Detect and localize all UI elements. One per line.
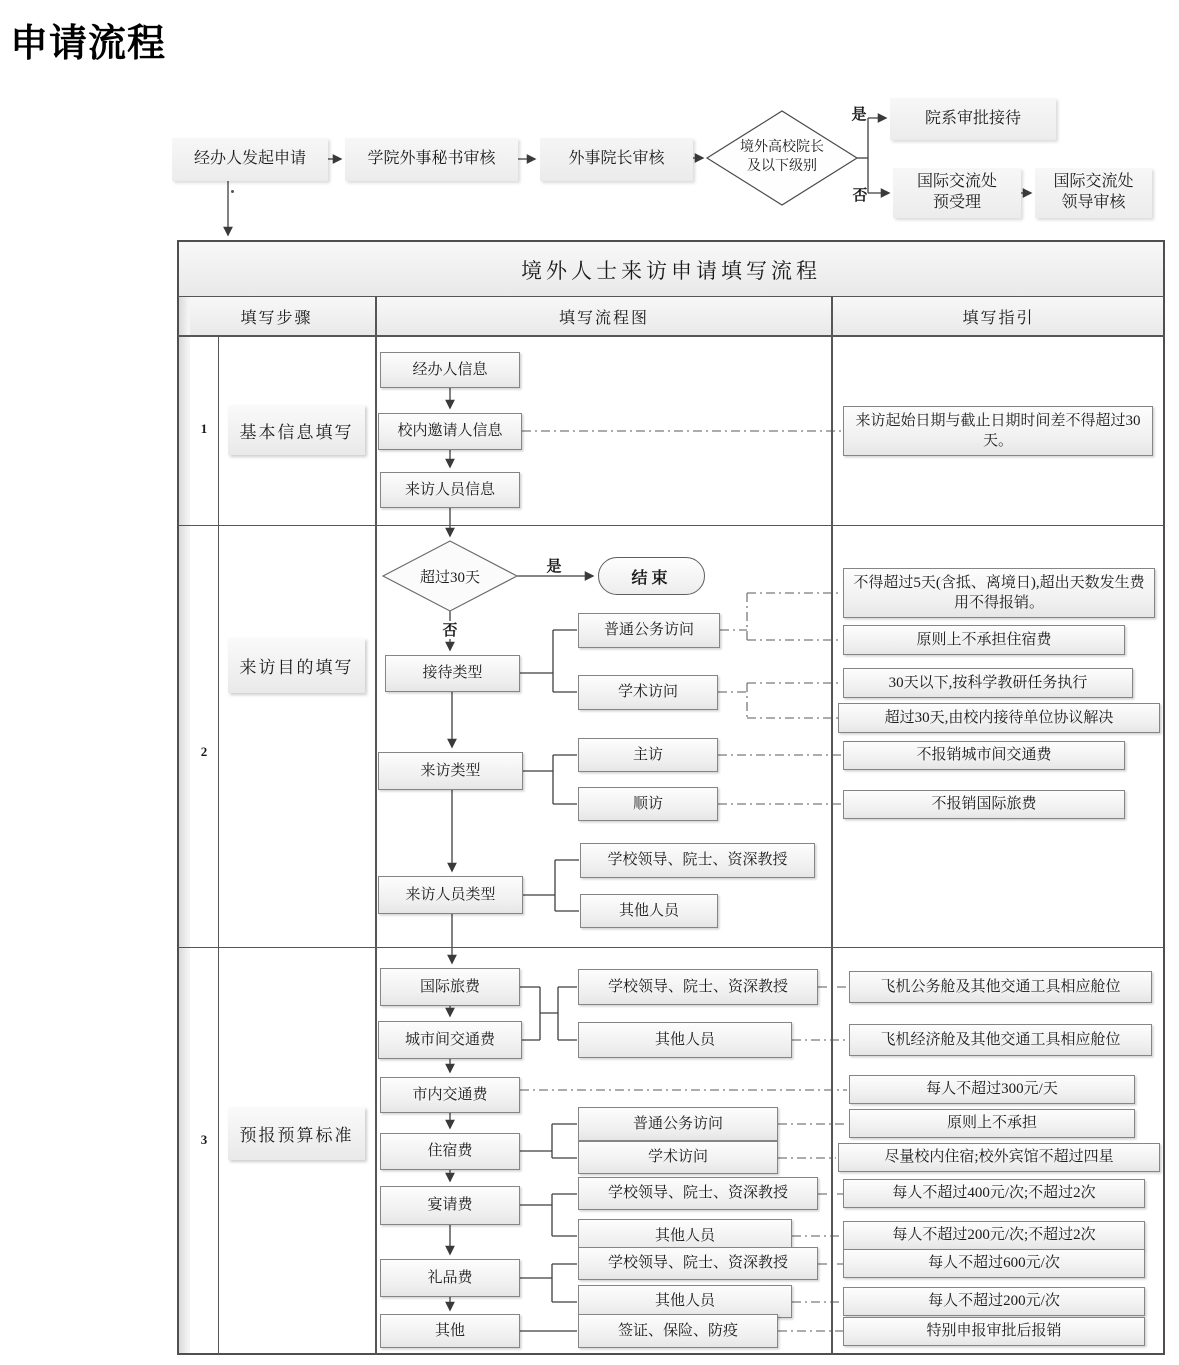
node-campus-inviter-info: 校内邀请人信息 <box>378 413 522 450</box>
step-visit-purpose: 来访目的填写 <box>228 638 365 693</box>
branch-other-visitor: 其他人员 <box>580 894 718 928</box>
node-agent-info: 经办人信息 <box>380 352 520 388</box>
grid-vline-number-col <box>218 336 219 1355</box>
header-flow-col: 填写流程图 <box>377 297 831 335</box>
application-flow-page: 申请流程 <box>0 0 1179 1365</box>
decision-top-label: 境外高校院长 及以下级别 <box>712 134 852 182</box>
node-college-secretary-review: 学院外事秘书审核 <box>345 138 518 181</box>
branch-main-visit: 主访 <box>578 738 718 772</box>
header-step-col: 填写步骤 <box>178 297 375 335</box>
stray-dot <box>231 190 234 193</box>
grid-vline-col1-col2 <box>375 296 377 1355</box>
node-initiate-application: 经办人发起申请 <box>172 138 328 181</box>
no-label-row2: 否 <box>441 620 459 638</box>
node-visitor-type: 来访人员类型 <box>378 876 523 914</box>
guide-over-30-days: 超过30天,由校内接待单位协议解决 <box>838 703 1160 733</box>
guide-max-5-days: 不得超过5天(含抵、离境日),超出天数发生费用不得报销。 <box>843 568 1155 618</box>
branch-side-visit: 顺访 <box>578 787 718 821</box>
node-intl-office-preacceptance: 国际交流处 预受理 <box>893 168 1021 218</box>
guide-city-300: 每人不超过300元/天 <box>849 1075 1135 1104</box>
guide-economy-class: 飞机经济舱及其他交通工具相应舱位 <box>849 1024 1152 1056</box>
fee-gift: 礼品费 <box>380 1259 520 1297</box>
fee-hotel: 住宿费 <box>380 1133 520 1170</box>
branch-banquet-leader: 学校领导、院士、资深教授 <box>578 1177 818 1210</box>
node-department-approval: 院系审批接待 <box>890 98 1056 140</box>
branch-academic-visit: 学术访问 <box>578 675 718 710</box>
branch-official-visit: 普通公务访问 <box>578 613 720 648</box>
step-budget-standard: 预报预算标准 <box>228 1107 365 1160</box>
guide-banquet-200: 每人不超过200元/次;不超过2次 <box>843 1221 1145 1250</box>
grid-vline-col2-col3 <box>831 296 833 1355</box>
no-label-top: 否 <box>850 184 870 204</box>
node-foreign-affairs-dean-review: 外事院长审核 <box>540 138 693 181</box>
fee-intercity-transport: 城市间交通费 <box>378 1021 522 1059</box>
yes-label-top: 是 <box>849 103 869 123</box>
guide-gift-600: 每人不超过600元/次 <box>843 1249 1145 1278</box>
table-title: 境外人士来访申请填写流程 <box>178 250 1164 290</box>
fee-other: 其他 <box>380 1314 520 1348</box>
row2-number: 2 <box>190 742 218 762</box>
guide-date-range: 来访起始日期与截止日期时间差不得超过30天。 <box>843 406 1153 456</box>
guide-hotel-not-covered: 原则上不承担 <box>849 1109 1135 1138</box>
branch-leader-visitor: 学校领导、院士、资深教授 <box>580 843 815 878</box>
branch-intl-other: 其他人员 <box>578 1022 792 1058</box>
guide-hotel-campus: 尽量校内住宿;校外宾馆不超过四星 <box>838 1143 1160 1172</box>
fee-city-transport: 市内交通费 <box>380 1077 520 1113</box>
branch-hotel-academic: 学术访问 <box>578 1141 778 1174</box>
row3-number: 3 <box>190 1130 218 1150</box>
guide-gift-200: 每人不超过200元/次 <box>843 1287 1145 1316</box>
node-end: 结束 <box>598 557 705 595</box>
row1-number: 1 <box>190 419 218 439</box>
grid-hline-row1-row2 <box>177 525 1165 526</box>
fee-banquet: 宴请费 <box>380 1186 520 1225</box>
branch-hotel-official: 普通公务访问 <box>578 1107 778 1141</box>
step-basic-info: 基本信息填写 <box>228 405 365 455</box>
header-guide-col: 填写指引 <box>833 297 1164 335</box>
guide-no-hotel-fee: 原则上不承担住宿费 <box>843 625 1125 655</box>
fee-intl-travel: 国际旅费 <box>380 968 520 1006</box>
branch-intl-leader: 学校领导、院士、资深教授 <box>578 969 818 1005</box>
guide-no-intl-fee: 不报销国际旅费 <box>843 790 1125 819</box>
yes-label-row2: 是 <box>545 556 563 574</box>
guide-banquet-400: 每人不超过400元/次;不超过2次 <box>843 1179 1145 1208</box>
grid-hline-under-header <box>177 335 1165 337</box>
node-visitor-info: 来访人员信息 <box>380 472 520 508</box>
node-intl-office-leader-review: 国际交流处 领导审核 <box>1035 168 1152 218</box>
grid-hline-row2-row3 <box>177 947 1165 948</box>
branch-gift-leader: 学校领导、院士、资深教授 <box>578 1247 818 1280</box>
guide-under-30-days: 30天以下,按科学教研任务执行 <box>843 668 1133 698</box>
node-visit-type: 来访类型 <box>378 752 523 790</box>
guide-business-class: 飞机公务舱及其他交通工具相应舱位 <box>849 971 1152 1003</box>
guide-special-approval: 特别申报审批后报销 <box>843 1317 1145 1346</box>
table-left-shading <box>179 297 190 1353</box>
decision-over30-label: 超过30天 <box>385 566 515 586</box>
node-reception-type: 接待类型 <box>385 655 520 692</box>
guide-no-intercity-fee: 不报销城市间交通费 <box>843 741 1125 770</box>
branch-visa-insurance: 签证、保险、防疫 <box>578 1314 778 1348</box>
